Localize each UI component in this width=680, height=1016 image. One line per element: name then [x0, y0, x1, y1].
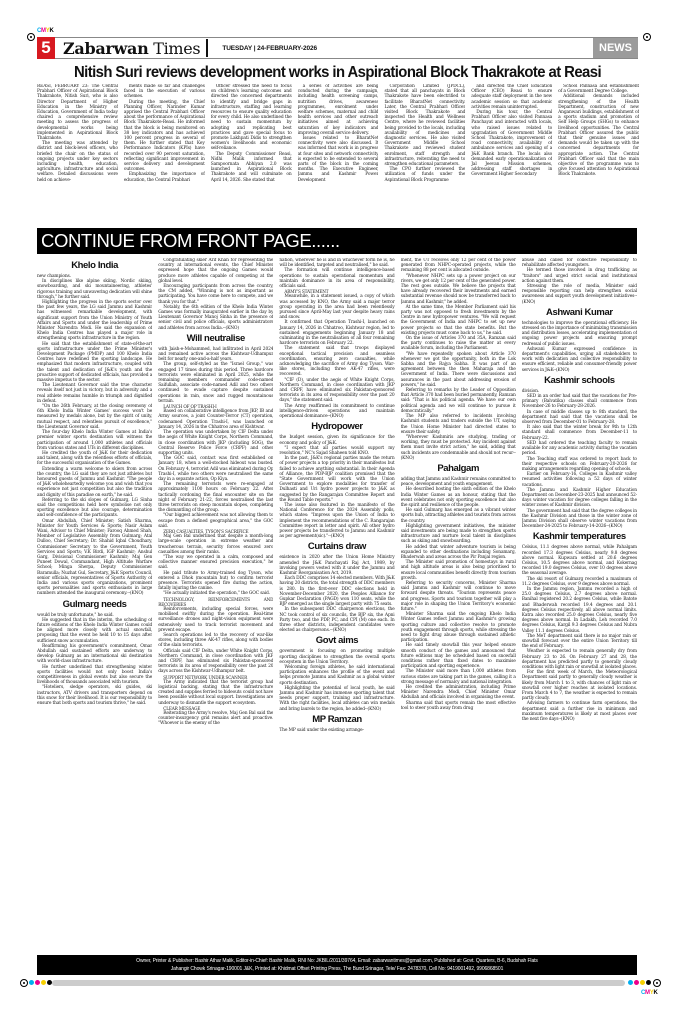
- article-paragraph: "He actually initiated the operation," t…: [158, 591, 273, 596]
- article-paragraph: He credited the administration, includin…: [401, 685, 516, 701]
- article-paragraph: Additional demands included strengthenin…: [558, 94, 639, 177]
- story-subhead: Gulmarg needs: [37, 599, 152, 611]
- article-paragraph: The remaining terrorists were re-engaged…: [158, 482, 273, 513]
- article-paragraph: The operation was undertaken by CIF Delt…: [158, 430, 273, 456]
- continue-banner: CONTINUE FROM FRONT PAGE......: [37, 228, 637, 254]
- article-paragraph: The meeting was attended by district and…: [37, 141, 118, 183]
- article-paragraph: Referring to remarks by the Leader of Op…: [401, 388, 516, 414]
- article-paragraph: Highlighting government initiatives, the…: [401, 524, 516, 545]
- article-paragraph: Maj Gen Bal underlined that despite a mo…: [158, 534, 273, 555]
- article-paragraph: The group, self-styled as the "Israel Gr…: [158, 362, 273, 404]
- article-paragraph: The ski resort of Gulmarg recorded a max…: [522, 577, 637, 587]
- registration-mark-top-left: [27, 33, 35, 41]
- page-number-badge: 5: [37, 37, 55, 59]
- lead-story-column: REASI, FEBRUARY 23: The Central Prabhari…: [37, 84, 118, 224]
- story-subhead: Hydropower: [279, 421, 394, 433]
- article-paragraph: The Army reaffirmed its commitment to co…: [279, 404, 394, 420]
- registration-mark-bottom-right: [653, 979, 661, 987]
- yellow-dot: [41, 980, 46, 985]
- article-paragraph: Reaffirming his government's commitment,…: [37, 644, 152, 665]
- cmyk-mark-bottom: CMYK: [641, 990, 658, 996]
- continued-column: Khelo Indianew champions.In disciplines …: [37, 258, 152, 953]
- article-paragraph: Referring to the ski slopes of Gulmarg, …: [37, 498, 152, 519]
- article-paragraph: Encouraging participants from across the…: [158, 284, 273, 305]
- imprint-line-1: Owner, Printer & Publisher: Bashir Athar…: [37, 957, 637, 965]
- lead-story-column: Corporation Limited (JPDCL), stated that…: [384, 84, 465, 224]
- article-paragraph: existence in 2020 after the Union Home M…: [279, 555, 394, 576]
- story-subhead: Kashmir schools: [522, 375, 637, 387]
- article-paragraph: Officer stressed the need to focus on ch…: [211, 84, 292, 152]
- lead-story-columns: REASI, FEBRUARY 23: The Central Prabhari…: [37, 84, 639, 224]
- article-paragraph: Referring to security concerns, Minister…: [401, 581, 516, 612]
- article-paragraph: SED in an order had said that the vacati…: [522, 394, 637, 410]
- article-paragraph: The Minister said promotion of homestays…: [401, 560, 516, 581]
- section-kicker: TECHNOLOGY, REINFORCEMENTS AND RECOVERIE…: [158, 597, 273, 607]
- article-paragraph: a series of activities are being conduct…: [298, 84, 379, 136]
- article-paragraph: "We have repeatedly spoken about Article…: [401, 352, 516, 388]
- article-paragraph: "CIF (D), under the aegis of White Knigh…: [279, 378, 394, 404]
- article-paragraph: Ashwani Kumar expressed confidence in de…: [522, 347, 637, 373]
- article-paragraph: He suggested that in the interim, the sc…: [37, 618, 152, 644]
- black-dot: [646, 980, 651, 985]
- article-paragraph: SED had ordered the teaching faculty to …: [522, 441, 637, 457]
- article-paragraph: Search operations led to the recovery of…: [158, 633, 273, 649]
- article-paragraph: government is focusing on promoting mult…: [279, 649, 394, 665]
- article-paragraph: ments made so far and challenges faced i…: [124, 84, 205, 100]
- article-paragraph: He described hosting the sixth edition o…: [401, 487, 516, 508]
- article-paragraph: He paid tribute to Army-trained dog Tyso…: [158, 571, 273, 592]
- cyan-dot: [29, 980, 34, 985]
- article-paragraph: During the meeting, the Chief Planning O…: [124, 100, 205, 173]
- article-paragraph: ment, the UT receives only 12 per cent o…: [401, 258, 516, 274]
- article-paragraph: "Whenever NHPC sets up a power project o…: [401, 274, 516, 305]
- article-paragraph: Weather is expected to remain generally …: [522, 649, 637, 670]
- story-subhead: Curtains draw: [279, 541, 394, 553]
- continued-columns: Khelo Indianew champions.In disciplines …: [37, 258, 639, 953]
- article-paragraph: He said timely snowfall this year helped…: [401, 643, 516, 669]
- article-paragraph: In disciplines like alpine skiing, Nordi…: [37, 279, 152, 300]
- article-paragraph: He further underlined that strengthening…: [37, 665, 152, 686]
- article-paragraph: The MP also referred to incidents involv…: [401, 414, 516, 435]
- continued-column: nation, wherever he is and in whichever …: [279, 258, 394, 953]
- article-paragraph: Extending a warm welcome to skiers from …: [37, 467, 152, 498]
- article-paragraph: The Deputy Commissioner Reasi, Nidhi Mal…: [211, 152, 292, 183]
- lead-story-column: ments made so far and challenges faced i…: [124, 84, 205, 224]
- newspaper-name: Zabarwan Times: [63, 39, 200, 58]
- article-paragraph: Notably, the 6th edition of the Khelo In…: [158, 305, 273, 331]
- article-paragraph: He added that winter adventure tourism i…: [401, 545, 516, 561]
- continued-column: abuse and called for collective responsi…: [522, 258, 637, 953]
- article-paragraph: REASI, FEBRUARY 23: The Central Prabhari…: [37, 84, 118, 141]
- magenta-dot: [35, 980, 40, 985]
- article-paragraph: The GOC said, contact was first establis…: [158, 456, 273, 482]
- lead-story-column: and directed the Chief Education Officer…: [471, 84, 552, 224]
- article-paragraph: In the past, J&K's regional parties made…: [279, 456, 394, 503]
- article-paragraph: On the issue of Articles 370 and 35A, Ra…: [401, 336, 516, 352]
- article-paragraph: Advising farmers to continue farm operat…: [522, 701, 637, 722]
- story-subhead: MP Ramzan: [279, 714, 394, 726]
- story-subhead: Kashmir temperatures: [522, 531, 637, 543]
- article-paragraph: adding that Jammu and Kashmir remains co…: [401, 477, 516, 487]
- article-paragraph: Stressing the role of media, Minister sa…: [522, 284, 637, 305]
- magenta-dot: [634, 980, 639, 985]
- masthead-divider: [206, 39, 208, 57]
- story-subhead: Ashwani Kumar: [522, 307, 637, 319]
- article-paragraph: "Hoteliers, sledge operators, ski guides…: [37, 685, 152, 706]
- article-paragraph: The government had said that the degree …: [522, 509, 637, 530]
- article-paragraph: During his tour, the Central Prabhari Of…: [471, 110, 552, 178]
- article-paragraph: He said Gulmarg has emerged as a vibrant…: [401, 508, 516, 524]
- article-paragraph: Issues related to BharatNet connectivity…: [298, 136, 379, 183]
- article-paragraph: the budget session, given its significan…: [279, 435, 394, 445]
- article-paragraph: "I expect that all parties would support…: [279, 446, 394, 456]
- article-paragraph: Minister Sharma said the ongoing Khelo I…: [401, 612, 516, 643]
- article-paragraph: The issue also featured in the manifesto…: [279, 503, 394, 539]
- article-paragraph: The formation will continue intelligence…: [279, 268, 394, 289]
- article-paragraph: Reinforcements, including special forces…: [158, 607, 273, 633]
- article-paragraph: The Army indicated that the terrorist gr…: [158, 680, 273, 706]
- article-paragraph: The MeT department said there is no majo…: [522, 634, 637, 650]
- article-paragraph: Earlier on February-16, Colleges in Kash…: [522, 472, 637, 488]
- story-subhead: Pahalgam: [401, 463, 516, 475]
- masthead: 5 Zabarwan Times TUESDAY | 24-FEBRUARY-2…: [37, 37, 638, 59]
- article-paragraph: "On the 26th February, at the closing ce…: [37, 404, 152, 430]
- lead-story-column: Officer stressed the need to focus on ch…: [211, 84, 292, 224]
- article-paragraph: The CPO further reviewed the utilization…: [384, 167, 465, 183]
- article-paragraph: The Jammu and Kashmir Higher Education D…: [522, 488, 637, 509]
- article-paragraph: The Minister said more than 1,000 athlet…: [401, 669, 516, 685]
- article-paragraph: Highlighting the progress in the sports …: [37, 300, 152, 342]
- article-paragraph: Celsius, 11.1 degrees above normal, whil…: [522, 545, 637, 576]
- article-paragraph: Sharma said that sports remain the most …: [401, 701, 516, 711]
- article-paragraph: It confirmed that Operation Trashi-I, la…: [279, 320, 394, 346]
- cyan-dot: [628, 980, 633, 985]
- article-paragraph: "The way we operated in a calm, composed…: [158, 555, 273, 571]
- color-bar: [52, 980, 625, 986]
- article-paragraph: School Pannasa and establishment of a Go…: [558, 84, 639, 94]
- imprint-line-2: Jahangir Chowk Srinagar-190001 J&K, Prin…: [37, 965, 637, 973]
- continued-column: ment, the UT receives only 12 per cent o…: [401, 258, 516, 953]
- article-paragraph: Highlighting the potential of local yout…: [279, 686, 394, 712]
- continued-column: Congratulating skier Arif Khan for repre…: [158, 258, 273, 953]
- article-paragraph: The Teaching staff was ordered to report…: [522, 457, 637, 473]
- article-paragraph: with Jaish-e-Mohammed, had infiltrated i…: [158, 347, 273, 363]
- article-paragraph: He credited the youth of J&K for their d…: [37, 451, 152, 467]
- cmyk-mark-top: CMYK: [37, 28, 54, 34]
- article-paragraph: "Our biggest achievement was not allowin…: [158, 513, 273, 529]
- article-paragraph: At the same time, the Member Parliament …: [401, 305, 516, 336]
- article-paragraph: Corporation Limited (JPDCL), stated that…: [384, 84, 465, 167]
- article-paragraph: Based on collaborative intelligence from…: [158, 409, 273, 430]
- article-paragraph: technologies to improve the operational …: [522, 321, 637, 347]
- article-paragraph: Emphasizing the importance of education,…: [124, 172, 205, 182]
- lead-story-column: a series of activities are being conduct…: [298, 84, 379, 224]
- imprint-footer: Owner, Printer & Publisher: Bashir Athar…: [37, 955, 637, 975]
- article-paragraph: "Wherever Kashmiris are studying, tradin…: [401, 435, 516, 461]
- dateline: TUESDAY | 24-FEBRUARY-2026: [222, 45, 317, 52]
- article-paragraph: Each DDC comprises 14 elected members. W…: [279, 576, 394, 607]
- article-paragraph: abuse and called for collective responsi…: [522, 258, 637, 268]
- story-subhead: Khelo India: [37, 260, 152, 272]
- article-paragraph: Officials said CIF Delta, under White Kn…: [158, 649, 273, 675]
- registration-mark-bottom-left: [20, 979, 28, 987]
- article-paragraph: He said that the establishment of state-…: [37, 342, 152, 384]
- story-subhead: Govt aims: [279, 635, 394, 647]
- article-paragraph: The four-day Khelo India Winter Games at…: [37, 430, 152, 451]
- article-paragraph: He termed those involved in drug traffic…: [522, 268, 637, 284]
- article-paragraph: Welcoming foreign athletes, he said inte…: [279, 665, 394, 686]
- section-tag: NEWS: [593, 38, 638, 58]
- article-paragraph: The Lieutenant Governor said the true ch…: [37, 383, 152, 404]
- lead-headline: Nitish Suri reviews development works in…: [49, 64, 626, 82]
- article-paragraph: It also said that the winter break for 9…: [522, 425, 637, 441]
- article-paragraph: In case of middle classes up to 8th stan…: [522, 410, 637, 426]
- article-paragraph: Congratulating skier Arif Khan for repre…: [158, 258, 273, 284]
- article-paragraph: Meanwhile, in a statement issued, a copy…: [279, 294, 394, 320]
- article-paragraph: Reiterating the Army's resolve, Maj Gen …: [158, 711, 273, 727]
- article-paragraph: and directed the Chief Education Officer…: [471, 84, 552, 110]
- article-paragraph: nation, wherever he is and in whichever …: [279, 258, 394, 268]
- article-paragraph: In the Jammu region, Jammu recorded a hi…: [522, 587, 637, 634]
- lead-story-column: School Pannasa and establishment of a Go…: [558, 84, 639, 224]
- article-paragraph: The MP said under the existing arrange-: [279, 728, 394, 733]
- registration-mark-top-right: [643, 33, 651, 41]
- article-paragraph: In the subsequent DDC chairperson electi…: [279, 607, 394, 633]
- article-paragraph: For the first week of March, the Meteoro…: [522, 670, 637, 701]
- article-paragraph: Omar Abdullah, Chief Minister; Satish Sh…: [37, 519, 152, 597]
- yellow-dot: [640, 980, 645, 985]
- article-paragraph: The statement said that troops displayed…: [279, 346, 394, 377]
- story-subhead: Will neutralise: [158, 333, 273, 345]
